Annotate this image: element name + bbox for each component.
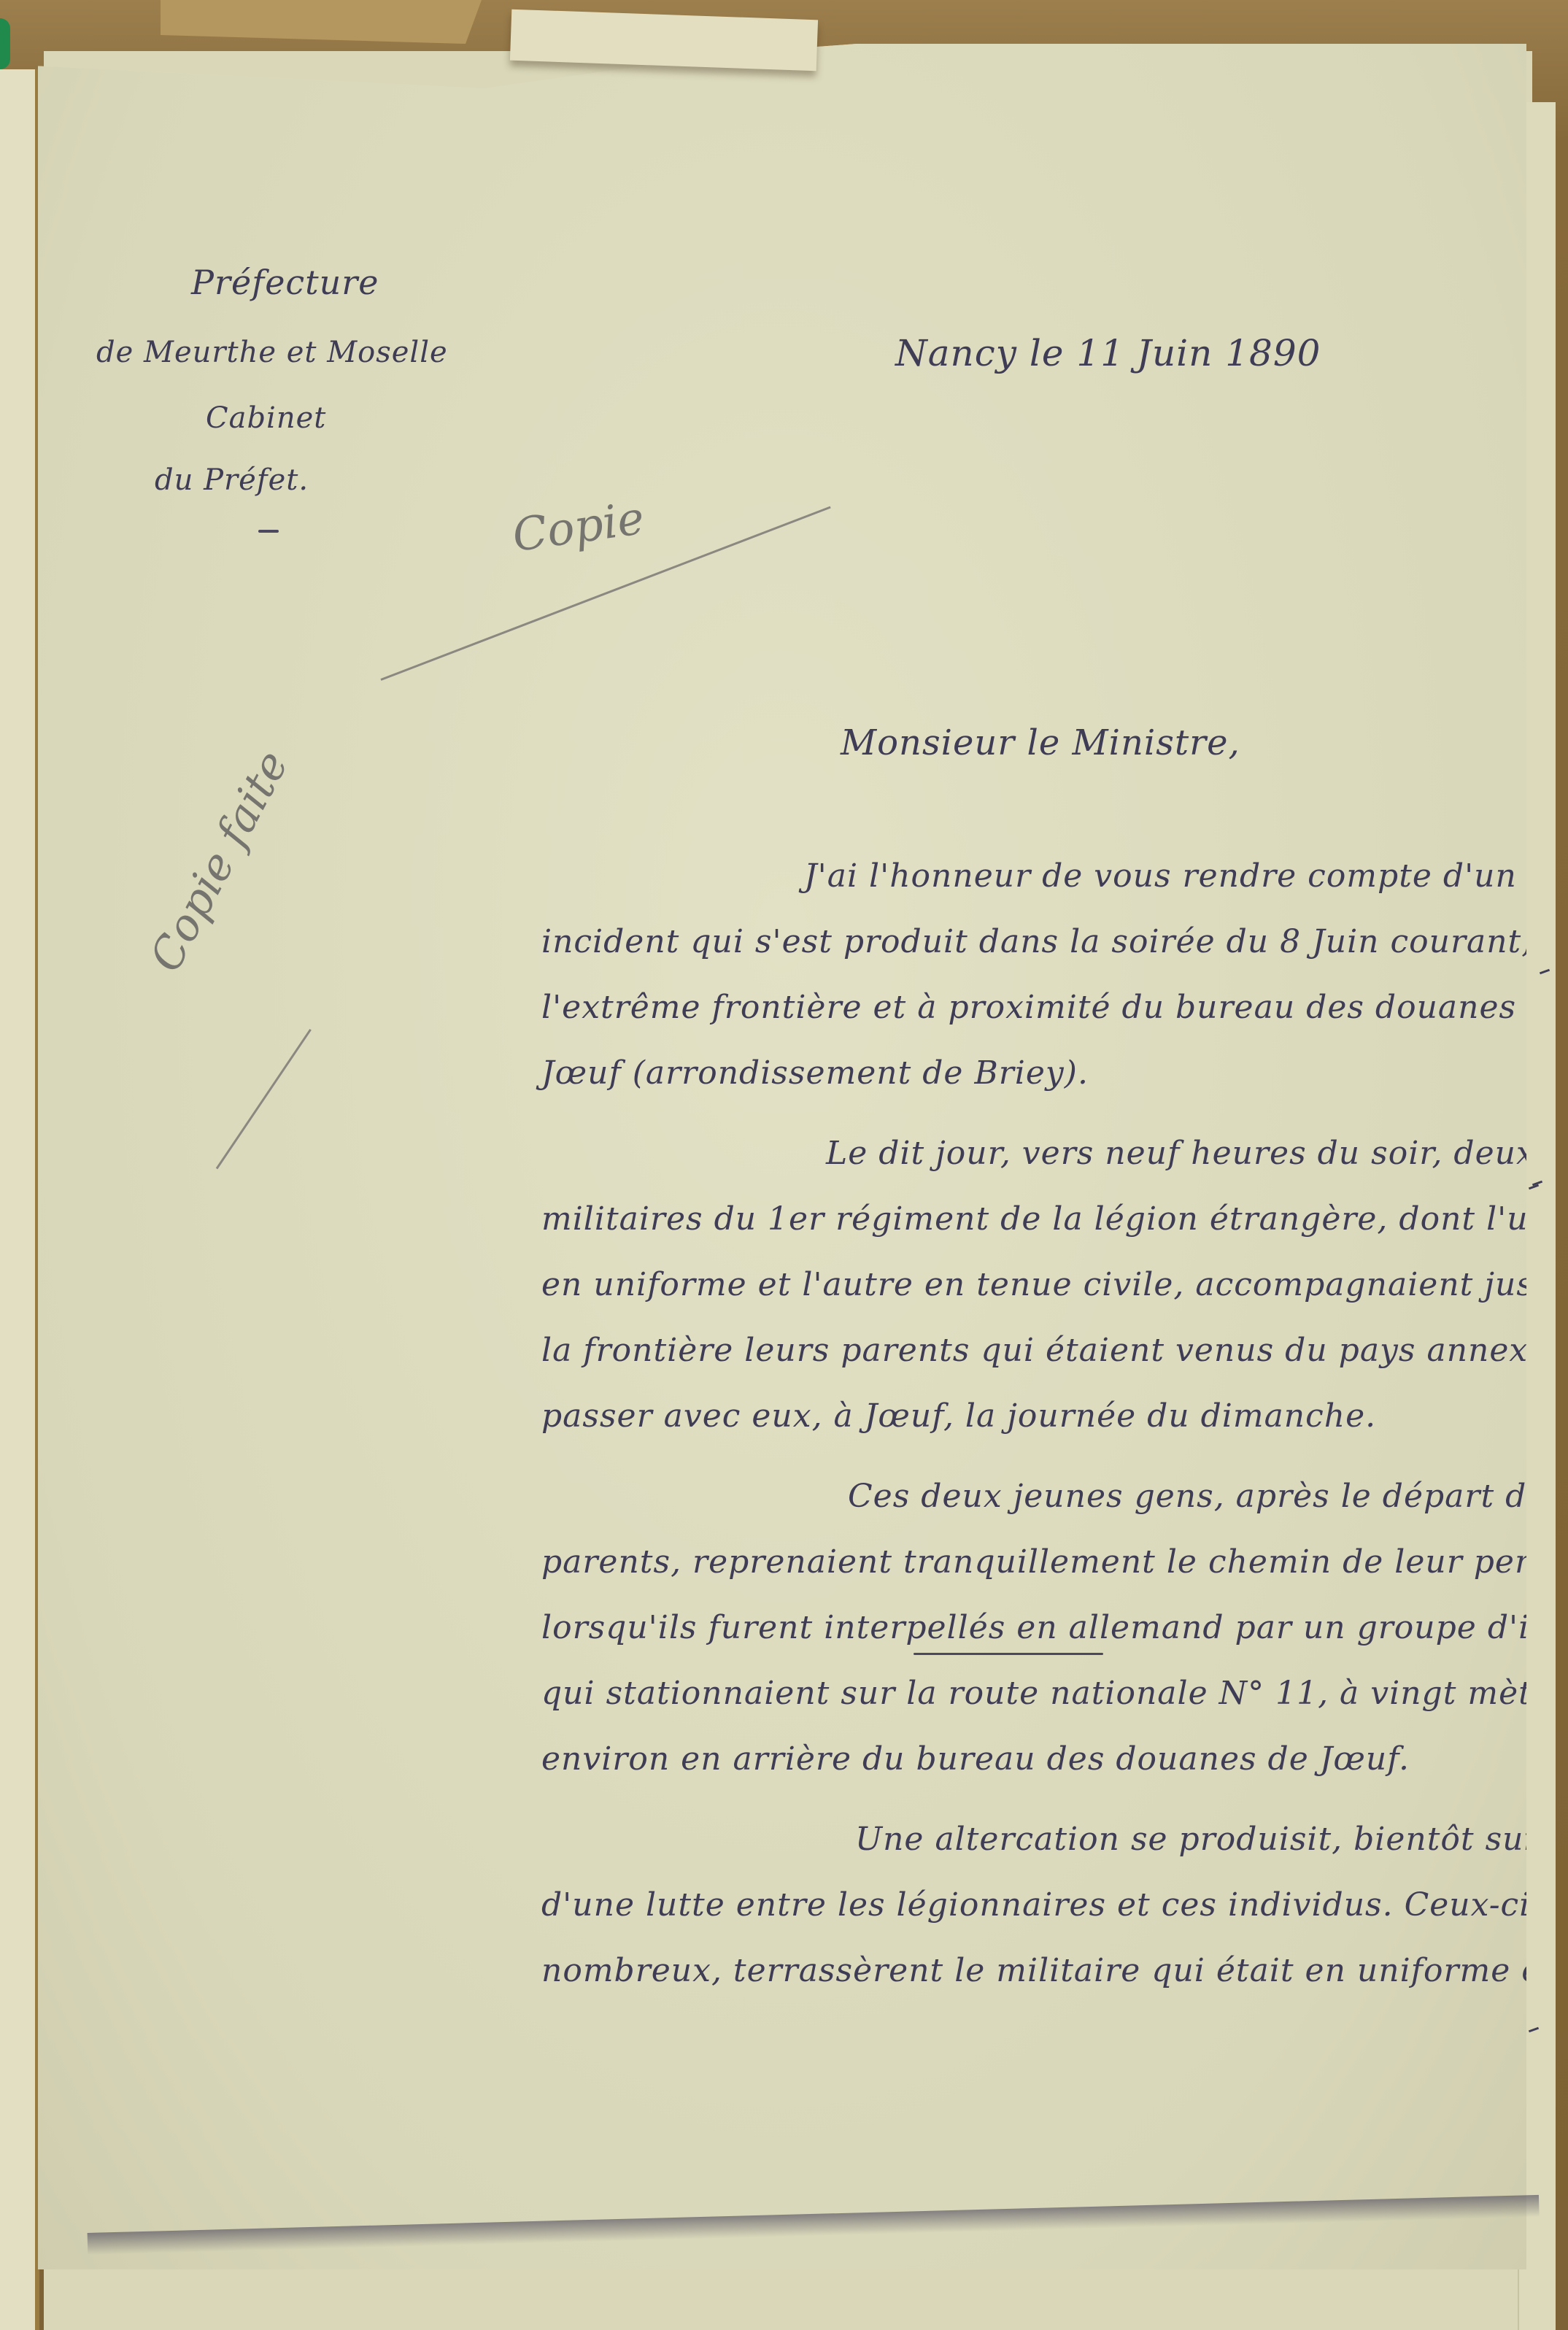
copie-faite-pencil-stroke	[216, 1029, 312, 1169]
letter-page: Préfecture de Meurthe et Moselle Cabinet…	[38, 44, 1526, 2269]
body-line: Ces deux jeunes gens, après le départ de…	[848, 1478, 1568, 1515]
body-line: militaires du 1er régiment de la légion …	[541, 1200, 1568, 1238]
body-line: lorsqu'ils furent interpellés en alleman…	[541, 1609, 1568, 1646]
copie-faite-annotation: Copie faite	[140, 743, 298, 980]
body-line: d'une lutte entre les légionnaires et ce…	[541, 1886, 1568, 1924]
letterhead-cabinet: Cabinet	[206, 401, 326, 435]
body-line: passer avec eux, à Jœuf, la journée du d…	[541, 1397, 1376, 1435]
letterhead-prefecture: Préfecture	[191, 263, 379, 302]
body-line: en uniforme et l'autre en tenue civile, …	[541, 1266, 1568, 1303]
green-bookmark-tab	[0, 18, 10, 69]
body-line: Une altercation se produisit, bientôt su…	[855, 1821, 1568, 1858]
salutation: Monsieur le Ministre,	[841, 722, 1240, 763]
letterhead-prefet: du Préfet.	[155, 463, 309, 497]
dateline: Nancy le 11 Juin 1890	[895, 332, 1321, 374]
body-line: Jœuf (arrondissement de Briey).	[541, 1054, 1089, 1092]
body-line: parents, reprenaient tranquillement le c…	[541, 1543, 1568, 1581]
letterhead-department: de Meurthe et Moselle	[96, 336, 448, 369]
torn-paper-label	[510, 9, 818, 72]
copie-annotation: Copie	[509, 491, 647, 562]
body-line: J'ai l'honneur de vous rendre compte d'u…	[804, 857, 1517, 895]
adjacent-page-edge	[0, 69, 39, 2330]
body-line: qui stationnaient sur la route nationale…	[541, 1675, 1568, 1712]
letterhead-separator	[258, 530, 279, 533]
underline-en-allemand	[914, 1653, 1103, 1655]
body-line: la frontière leurs parents qui étaient v…	[541, 1332, 1568, 1369]
body-line: incident qui s'est produit dans la soiré…	[541, 923, 1563, 960]
body-line: l'extrême frontière et à proximité du bu…	[541, 989, 1568, 1026]
body-line: Le dit jour, vers neuf heures du soir, d…	[826, 1135, 1535, 1172]
body-line: environ en arrière du bureau des douanes…	[541, 1740, 1410, 1778]
body-line: nombreux, terrassèrent le militaire qui …	[541, 1952, 1555, 1989]
